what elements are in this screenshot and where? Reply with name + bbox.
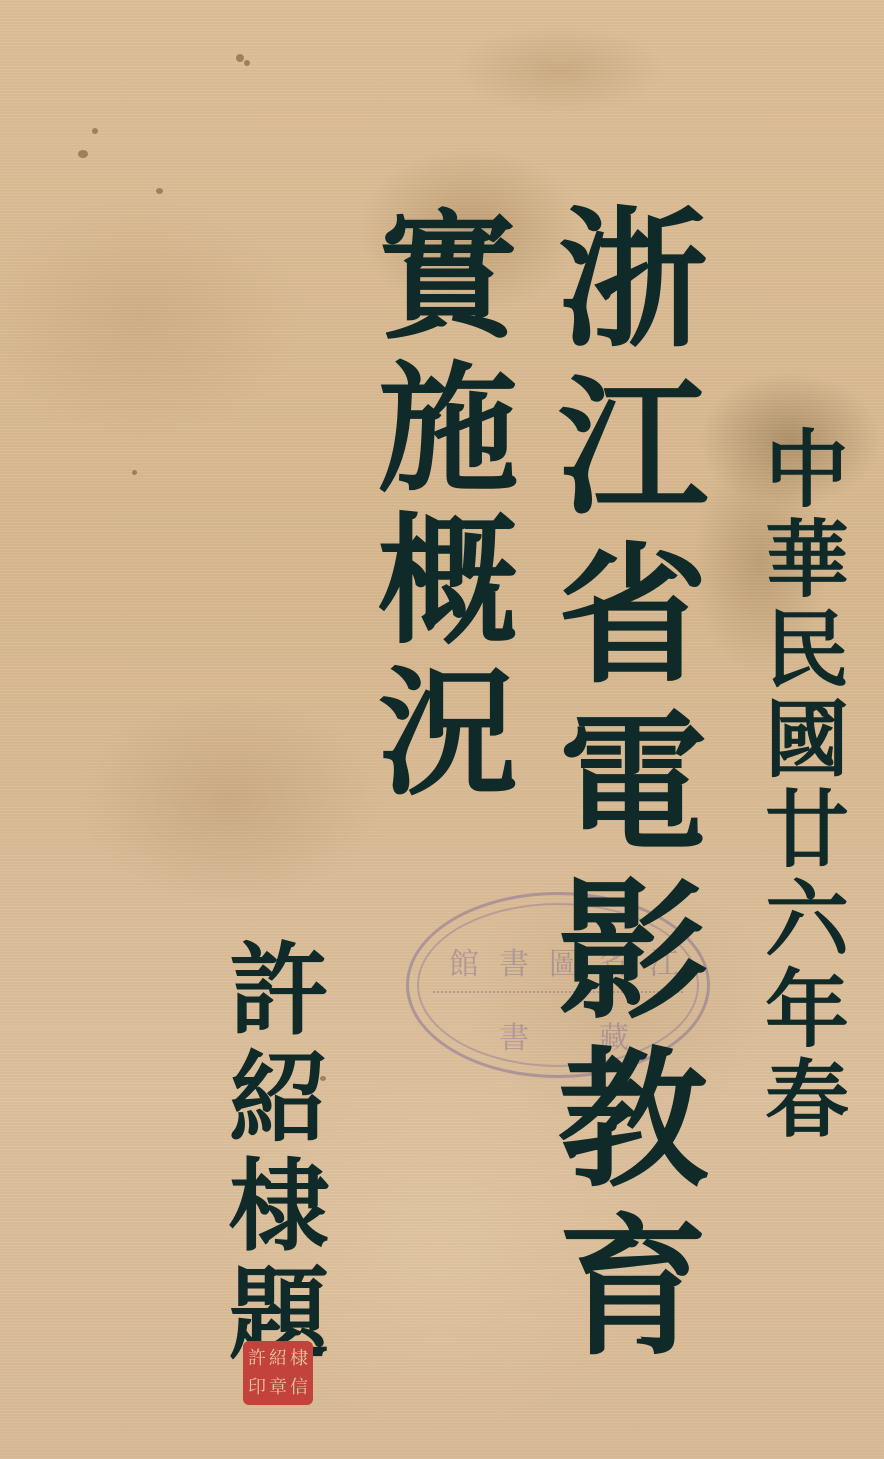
- date-char: 中: [765, 428, 849, 512]
- title-char: 浙: [558, 205, 708, 355]
- signature-char: 許: [229, 940, 329, 1040]
- title-char: 育: [558, 1213, 708, 1363]
- date-char: 華: [765, 518, 849, 602]
- date-char: 春: [765, 1058, 849, 1142]
- document-page: 館 書 圖 省 江 書 藏 浙 江 省 電 影 教 育 實 施 概 況 中 華 …: [0, 0, 884, 1459]
- seal-char: 棣: [289, 1345, 309, 1373]
- signature-char: 棣: [229, 1156, 329, 1256]
- title-column-left: 實 施 概 況: [368, 208, 528, 804]
- date-char: 國: [765, 698, 849, 782]
- foxing-spot: [92, 128, 98, 134]
- date-char: 六: [765, 878, 849, 962]
- signature-char: 紹: [229, 1048, 329, 1148]
- date-char: 年: [765, 968, 849, 1052]
- foxing-spot: [244, 60, 250, 66]
- stamp-char: 書: [499, 1013, 529, 1057]
- title-char: 江: [558, 373, 708, 523]
- title-char: 施: [378, 360, 518, 500]
- seal-char: 章: [268, 1374, 288, 1402]
- seal-char: 許: [247, 1345, 267, 1373]
- seal-char: 紹: [268, 1345, 288, 1373]
- title-char: 實: [378, 208, 518, 348]
- foxing-spot: [156, 188, 163, 194]
- title-char: 教: [558, 1045, 708, 1195]
- foxing-spot: [236, 54, 244, 62]
- title-char: 況: [378, 664, 518, 804]
- title-column-right: 浙 江 省 電 影 教 育: [548, 205, 718, 1363]
- red-seal: 許 紹 棣 印 章 信: [243, 1341, 313, 1405]
- date-char: 廿: [765, 788, 849, 872]
- title-char: 概: [378, 512, 518, 652]
- foxing-spot: [132, 470, 137, 475]
- stamp-char: 書: [499, 939, 529, 983]
- stamp-char: 館: [449, 939, 479, 983]
- signature-inscription: 許 紹 棣 題: [214, 940, 344, 1364]
- seal-char: 印: [247, 1374, 267, 1402]
- title-char: 省: [558, 541, 708, 691]
- date-inscription: 中 華 民 國 廿 六 年 春: [752, 428, 862, 1142]
- title-char: 電: [558, 709, 708, 859]
- title-char: 影: [558, 877, 708, 1027]
- date-char: 民: [765, 608, 849, 692]
- foxing-spot: [78, 150, 88, 158]
- seal-char: 信: [289, 1374, 309, 1402]
